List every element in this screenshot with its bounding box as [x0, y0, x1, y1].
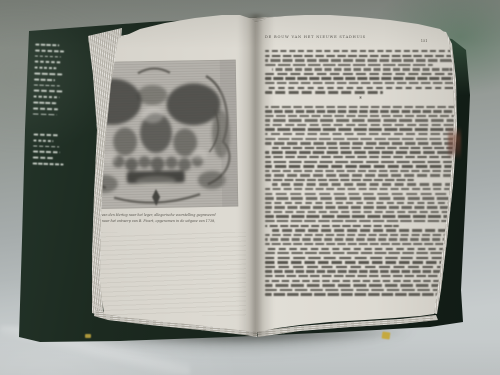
bookmark-ribbon: [85, 334, 91, 338]
jacket-text-line: [33, 101, 56, 104]
jacket-text-line: [34, 67, 56, 70]
jacket-text-line: [33, 107, 58, 110]
jacket-text-line: [34, 90, 63, 93]
jacket-text-line: [33, 162, 64, 165]
jacket-text-line: [33, 113, 57, 116]
book: Het groot vertrek van den Hertog naar he…: [0, 0, 500, 375]
photo-of-open-book: Het groot vertrek van den Hertog naar he…: [0, 0, 500, 375]
jacket-text-line: [33, 139, 53, 142]
jacket-back-text-block: [33, 44, 65, 120]
jacket-back-text-block: [32, 133, 64, 169]
jacket-text-line: [33, 145, 59, 148]
jacket-text-line: [33, 157, 54, 160]
jacket-text-line: [35, 55, 61, 58]
jacket-text-line: [34, 78, 55, 81]
jacket-text-line: [33, 151, 60, 154]
jacket-text-line: [34, 133, 59, 136]
jacket-text-line: [34, 72, 62, 75]
jacket-text-line: [35, 44, 59, 47]
jacket-text-line: [33, 96, 59, 99]
jacket-text-line: [35, 49, 64, 52]
jacket-flap-color-patch: [448, 126, 461, 160]
jacket-text-line: [34, 84, 60, 87]
bookmark-ribbon: [382, 331, 391, 339]
jacket-text-line: [35, 61, 62, 64]
